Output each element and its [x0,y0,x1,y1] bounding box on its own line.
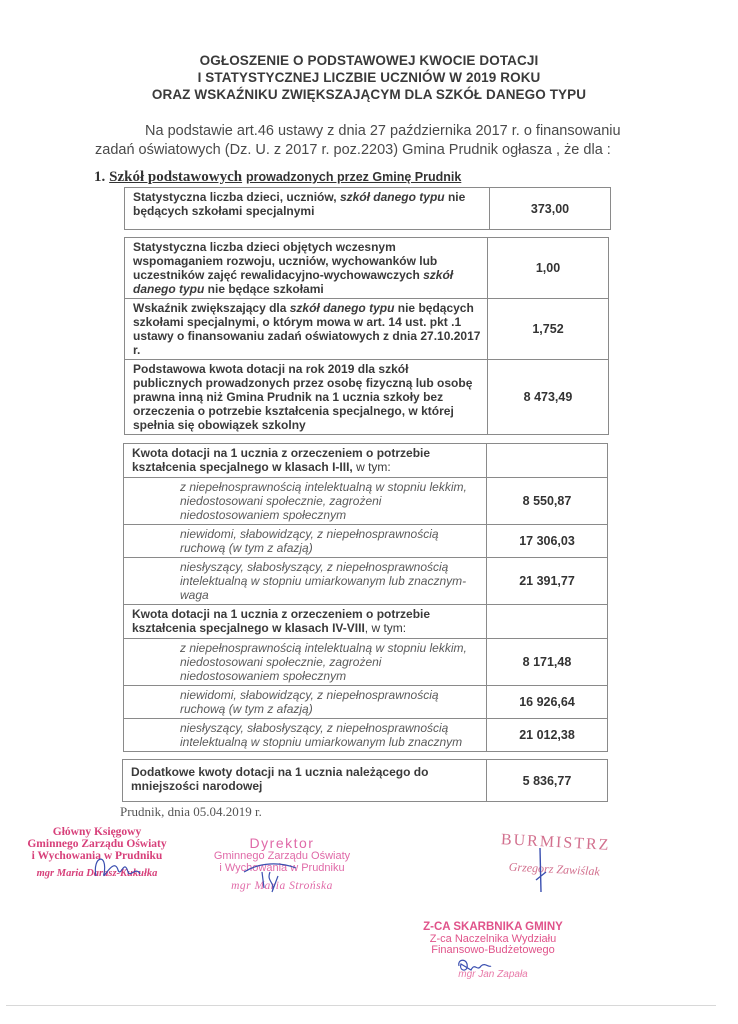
intro-line-1: Na podstawie art.46 ustawy z dnia 27 paź… [95,122,655,141]
section-title-serif: Szkół podstawowych [109,169,242,185]
empty-value [487,444,608,478]
row-value: 1,752 [488,299,609,360]
table-minority: Dodatkowe kwoty dotacji na 1 ucznia nale… [122,759,608,802]
table-row: niesłyszący, słabosłyszący, z niepełnosp… [124,719,608,752]
row-label: niewidomi, słabowidzący, z niepełnospraw… [124,686,487,719]
place-date: Prudnik, dnia 05.04.2019 r. [120,804,262,820]
row-value: 1,00 [488,238,609,299]
stamp-title: BURMISTRZ [480,830,631,856]
row-label: Dodatkowe kwoty dotacji na 1 ucznia nale… [123,760,487,802]
stamp-title: Dyrektor [192,836,372,851]
stamp-name: Grzegorz Zawiślak [479,858,630,881]
section-heading: 1. Szkół podstawowych prowadzonych przez… [94,168,461,186]
stamp-line: Gminnego Zarządu Oświaty [22,838,172,850]
table-row: Wskaźnik zwiększający dla szkół danego t… [125,299,609,360]
stamp-chief-accountant: Główny Księgowy Gminnego Zarządu Oświaty… [22,826,172,880]
table-row: niesłyszący, słabosłyszący, z niepełnosp… [124,558,608,605]
table-row: Podstawowa kwota dotacji na rok 2019 dla… [125,360,609,435]
scan-edge-line [6,1005,716,1006]
group-header-row: Kwota dotacji na 1 ucznia z orzeczeniem … [124,605,608,639]
group-header-2: Kwota dotacji na 1 ucznia z orzeczeniem … [124,605,487,639]
section-title-sans: prowadzonych przez Gminę Prudnik [246,170,461,184]
row-label: z niepełnosprawnością intelektualną w st… [124,639,487,686]
group-header-1: Kwota dotacji na 1 ucznia z orzeczeniem … [124,444,487,478]
table-row: Statystyczna liczba dzieci objętych wcze… [125,238,609,299]
row-label: Statystyczna liczba dzieci, uczniów, szk… [125,188,490,230]
stamp-name: mgr Jan Zapała [378,969,608,981]
stamp-line: Finansowo-Budżetowego [378,945,608,957]
row-label: z niepełnosprawnością intelektualną w st… [124,478,487,525]
table-special-education: Kwota dotacji na 1 ucznia z orzeczeniem … [123,443,608,752]
stamp-line: Gminnego Zarządu Oświaty [192,851,372,863]
table-row: niewidomi, słabowidzący, z niepełnospraw… [124,686,608,719]
row-value: 5 836,77 [487,760,608,802]
stamp-line: i Wychowania w Prudniku [22,850,172,862]
stamp-deputy-treasurer: Z-CA SKARBNIKA GMINY Z-ca Naczelnika Wyd… [378,922,608,980]
stamp-name: mgr Maria Darasz-Kukułka [22,868,172,880]
stamp-mayor: BURMISTRZ Grzegorz Zawiślak [479,830,631,881]
row-value: 8 550,87 [487,478,608,525]
table-row: z niepełnosprawnością intelektualną w st… [124,639,608,686]
row-label: Wskaźnik zwiększający dla szkół danego t… [125,299,488,360]
document-title: OGŁOSZENIE O PODSTAWOWEJ KWOCIE DOTACJI … [0,52,738,103]
table-indicators: Statystyczna liczba dzieci objętych wcze… [124,237,609,435]
row-value: 8 473,49 [488,360,609,435]
row-value: 8 171,48 [487,639,608,686]
table-row: Dodatkowe kwoty dotacji na 1 ucznia nale… [123,760,608,802]
row-label: niesłyszący, słabosłyszący, z niepełnosp… [124,719,487,752]
intro-line-2: zadań oświatowych (Dz. U. z 2017 r. poz.… [95,142,611,158]
stamp-title: Z-CA SKARBNIKA GMINY [378,922,608,934]
row-value: 21 012,38 [487,719,608,752]
group-header-row: Kwota dotacji na 1 ucznia z orzeczeniem … [124,444,608,478]
table-statistical-count: Statystyczna liczba dzieci, uczniów, szk… [124,187,611,230]
stamp-name: mgr Maria Strońska [192,881,372,893]
table-row: z niepełnosprawnością intelektualną w st… [124,478,608,525]
row-label: niesłyszący, słabosłyszący, z niepełnosp… [124,558,487,605]
stamp-director: Dyrektor Gminnego Zarządu Oświaty i Wych… [192,836,372,893]
intro-paragraph: Na podstawie art.46 ustawy z dnia 27 paź… [95,122,655,160]
table-row: niewidomi, słabowidzący, z niepełnospraw… [124,525,608,558]
row-value: 17 306,03 [487,525,608,558]
stamp-line: Główny Księgowy [22,826,172,838]
title-line-3: ORAZ WSKAŹNIKU ZWIĘKSZAJĄCYM DLA SZKÓŁ D… [0,86,738,103]
row-label: niewidomi, słabowidzący, z niepełnospraw… [124,525,487,558]
title-line-1: OGŁOSZENIE O PODSTAWOWEJ KWOCIE DOTACJI [0,52,738,69]
empty-value [487,605,608,639]
table-row: Statystyczna liczba dzieci, uczniów, szk… [125,188,611,230]
row-value: 373,00 [490,188,611,230]
row-value: 21 391,77 [487,558,608,605]
title-line-2: I STATYSTYCZNEJ LICZBIE UCZNIÓW W 2019 R… [0,69,738,86]
row-value: 16 926,64 [487,686,608,719]
row-label: Podstawowa kwota dotacji na rok 2019 dla… [125,360,488,435]
stamp-line: i Wychowania w Prudniku [192,863,372,875]
section-number: 1. [94,169,105,185]
row-label: Statystyczna liczba dzieci objętych wcze… [125,238,488,299]
